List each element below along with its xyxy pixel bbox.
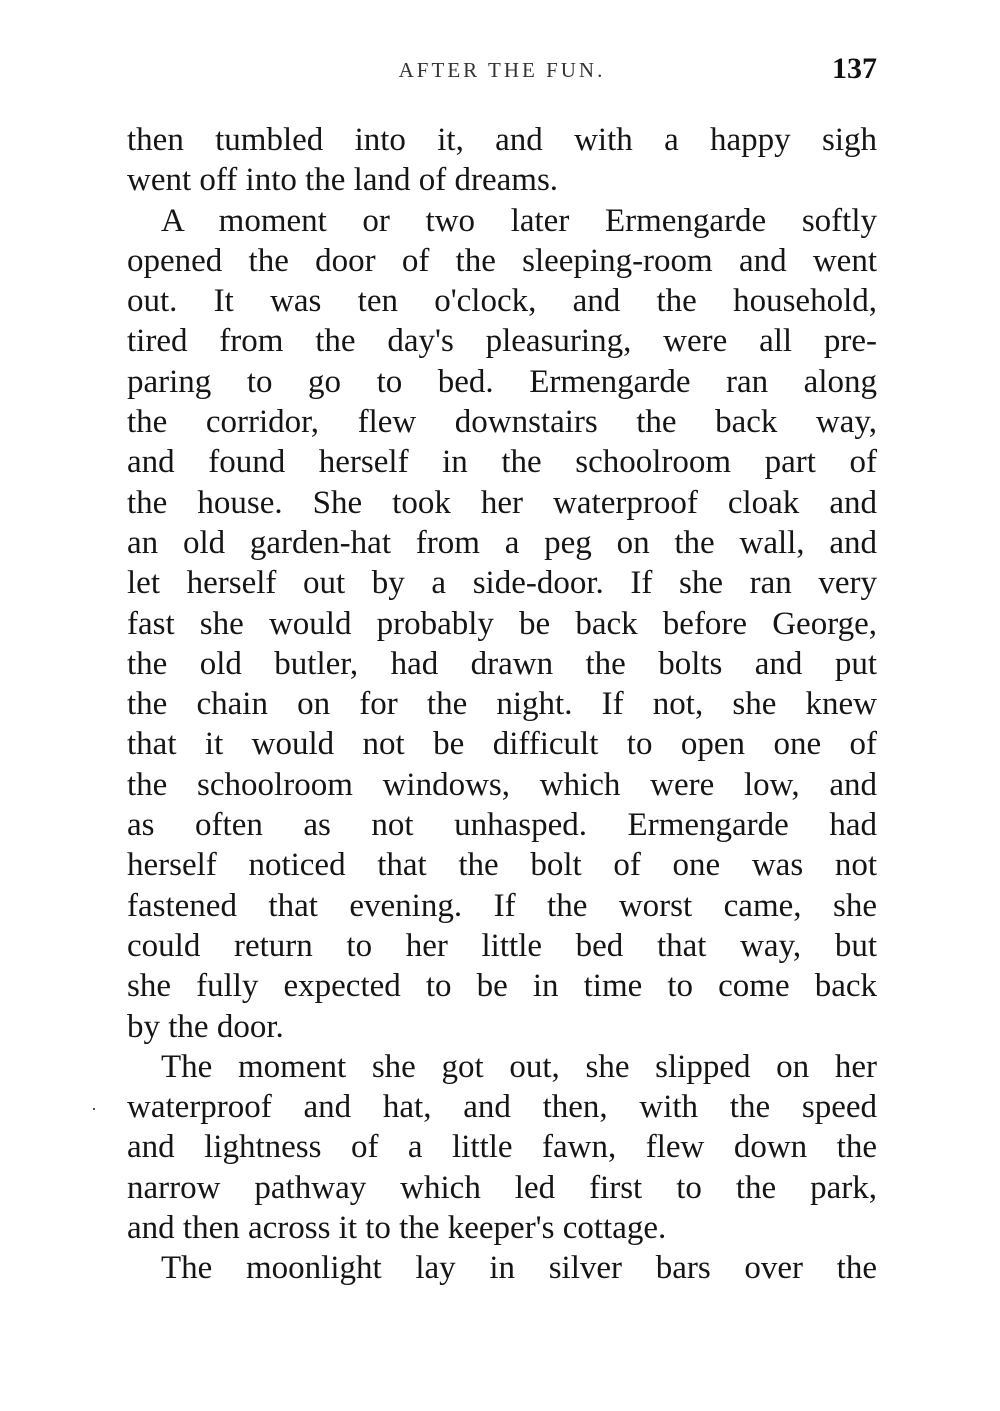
text-line: tired from the day's pleasuring, were al… [127,321,877,361]
text-line: The moonlight lay in silver bars over th… [127,1248,877,1288]
text-line: waterproof and hat, and then, with the s… [127,1087,877,1127]
text-line: the old butler, had drawn the bolts and … [127,644,877,684]
book-page: AFTER THE FUN. 137 then tumbled into it,… [0,0,1000,1411]
text-line: fast she would probably be back before G… [127,604,877,644]
running-title: AFTER THE FUN. [127,58,877,83]
text-line: herself noticed that the bolt of one was… [127,845,877,885]
scan-speck [93,1108,95,1110]
text-line: and found herself in the schoolroom part… [127,442,877,482]
text-line: narrow pathway which led first to the pa… [127,1168,877,1208]
text-line: then tumbled into it, and with a happy s… [127,120,877,160]
text-line: she fully expected to be in time to come… [127,966,877,1006]
text-line: The moment she got out, she slipped on h… [127,1047,877,1087]
text-line: the chain on for the night. If not, she … [127,684,877,724]
text-line: and then across it to the keeper's cotta… [127,1208,877,1248]
text-line: by the door. [127,1007,877,1047]
text-line: fastened that evening. If the worst came… [127,886,877,926]
text-line: the house. She took her waterproof cloak… [127,483,877,523]
text-line: the schoolroom windows, which were low, … [127,765,877,805]
text-line: an old garden-hat from a peg on the wall… [127,523,877,563]
text-line: went off into the land of dreams. [127,160,877,200]
text-line: out. It was ten o'clock, and the househo… [127,281,877,321]
text-line: could return to her little bed that way,… [127,926,877,966]
text-line: and lightness of a little fawn, flew dow… [127,1127,877,1167]
text-line: paring to go to bed. Ermengarde ran alon… [127,362,877,402]
text-line: opened the door of the sleeping-room and… [127,241,877,281]
text-line: the corridor, flew downstairs the back w… [127,402,877,442]
page-number: 137 [832,52,877,86]
text-line: A moment or two later Ermengarde softly [127,201,877,241]
text-line: that it would not be difficult to open o… [127,724,877,764]
body-text: then tumbled into it, and with a happy s… [127,120,877,1289]
text-line: let herself out by a side-door. If she r… [127,563,877,603]
text-line: as often as not unhasped. Ermengarde had [127,805,877,845]
running-head: AFTER THE FUN. 137 [127,52,877,88]
